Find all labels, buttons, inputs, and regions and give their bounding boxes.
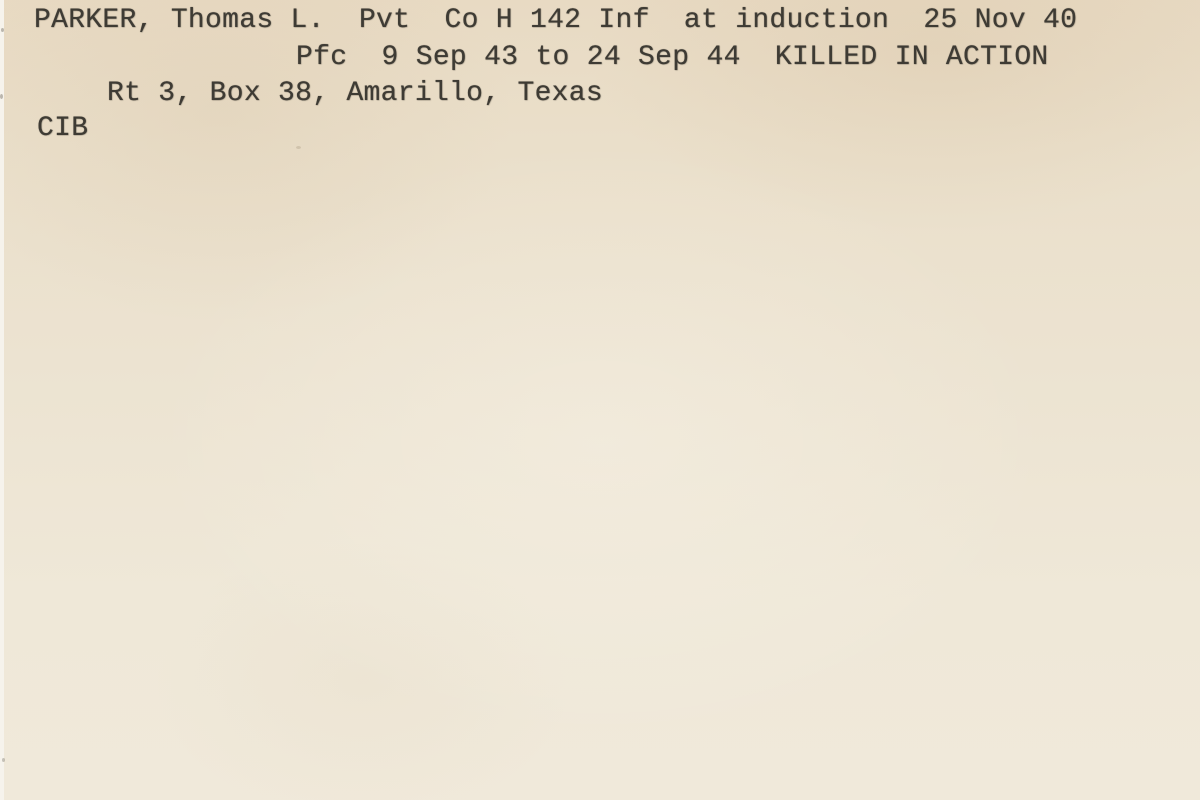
paper-smudge [296, 146, 301, 149]
scan-speck [0, 94, 3, 99]
card-line-name-rank-unit: PARKER, Thomas L. Pvt Co H 142 Inf at in… [34, 4, 1077, 38]
scan-speck [2, 758, 5, 762]
card-line-award: CIB [37, 112, 88, 146]
scan-speck [1, 28, 4, 32]
index-card: PARKER, Thomas L. Pvt Co H 142 Inf at in… [4, 0, 1200, 800]
card-line-promotion-status: Pfc 9 Sep 43 to 24 Sep 44 KILLED IN ACTI… [296, 41, 1049, 75]
card-line-address: Rt 3, Box 38, Amarillo, Texas [107, 77, 603, 111]
scanned-document: PARKER, Thomas L. Pvt Co H 142 Inf at in… [0, 0, 1200, 800]
